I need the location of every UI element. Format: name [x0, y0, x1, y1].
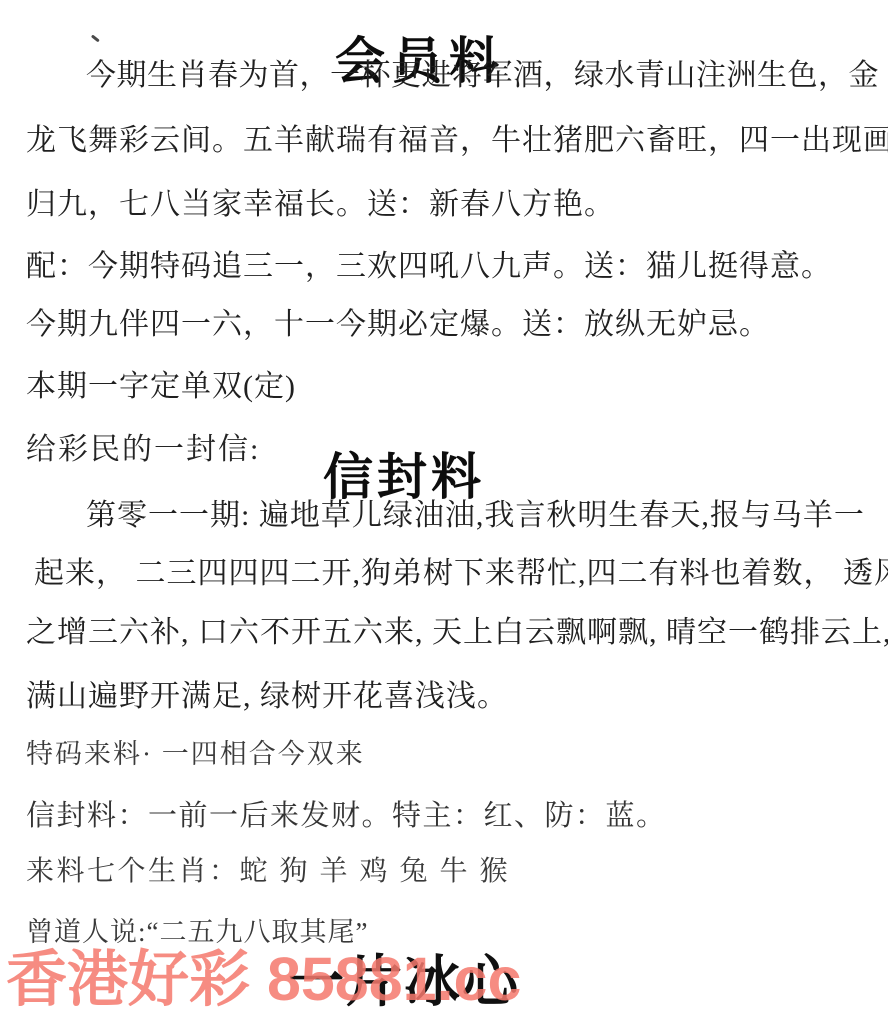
zodiac-tip-line: 来料七个生肖：蛇 狗 羊 鸡 兔 牛 猴	[26, 858, 510, 886]
envelope-verse-line: 满山遍野开满足, 绿树开花喜浅浅。	[26, 682, 508, 712]
envelope-tip-line: 信封料：一前一后来发财。特主：红、防：蓝。	[26, 802, 667, 831]
quote-tip-line: 曾道人说:“二五九八取其尾”	[26, 919, 368, 946]
envelope-verse-line: 第零一一期: 遍地草儿绿油油,我言秋明生春天,报与马羊一	[86, 501, 865, 531]
member-verse-line: 龙飞舞彩云间。五羊献瑞有福音，牛壮猪肥六畜旺，四一出现画	[26, 126, 888, 156]
special-code-tip-line: 特码来料· 一四相合今双来	[26, 741, 365, 768]
envelope-section-title: 信封料	[323, 452, 485, 502]
envelope-intro-line: 给彩民的一封信:	[26, 435, 260, 465]
member-verse-line: 今期生肖春为首，一杯更进将军酒，绿水青山注洲生色，金	[86, 61, 879, 91]
member-verse-line: 归九，七八当家幸福长。送：新春八方艳。	[26, 190, 615, 220]
ink-speck-mark	[91, 34, 100, 42]
site-watermark: 香港好彩 85881.cc	[6, 949, 521, 1010]
envelope-verse-line: 起来， 二三四四四二开,狗弟树下来帮忙,四二有料也着数， 透风	[34, 559, 888, 589]
envelope-verse-line: 之增三六补, 口六不开五六来, 天上白云飘啊飘, 晴空一鹤排云上,	[26, 618, 888, 648]
member-verse-line: 今期九伴四一六，十一今期必定爆。送：放纵无妒忌。	[26, 310, 770, 340]
member-verse-line: 本期一字定单双(定)	[26, 372, 296, 402]
scanned-tipsheet-page: 会员料 今期生肖春为首，一杯更进将军酒，绿水青山注洲生色，金 龙飞舞彩云间。五羊…	[0, 0, 888, 1024]
member-verse-line: 配：今期特码追三一，三欢四吼八九声。送：猫儿挺得意。	[26, 252, 832, 282]
